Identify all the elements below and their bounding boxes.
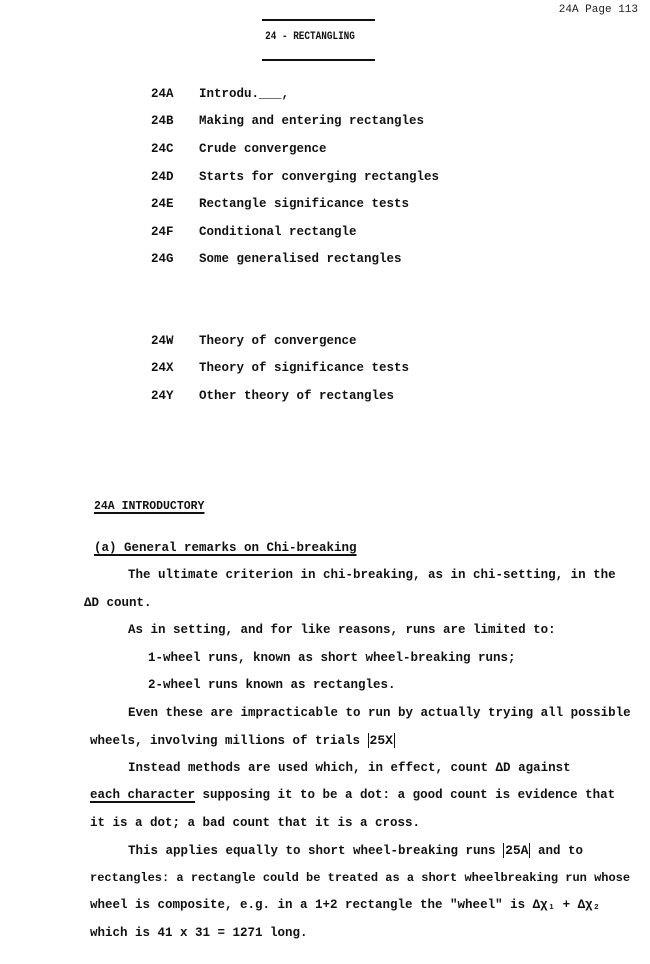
body-line: This applies equally to short wheel-brea… bbox=[128, 843, 583, 858]
body-line: Instead methods are used which, in effec… bbox=[128, 761, 571, 775]
body-text-segment: This applies equally to short wheel-brea… bbox=[128, 844, 503, 858]
body-text-segment: and to bbox=[530, 844, 583, 858]
toc-code: 24D bbox=[151, 170, 174, 184]
toc-title: Theory of significance tests bbox=[199, 361, 409, 375]
body-text-segment: supposing it to be a dot: a good count i… bbox=[195, 788, 615, 802]
toc-code: 24G bbox=[151, 252, 174, 266]
body-line: rectangles: a rectangle could be treated… bbox=[90, 871, 630, 885]
page-number-label: 24A Page 113 bbox=[559, 4, 638, 16]
toc-title: Crude convergence bbox=[199, 142, 327, 156]
emphasis-each-character: each character bbox=[90, 788, 195, 802]
section-heading: 24A INTRODUCTORY bbox=[94, 500, 204, 513]
body-line: each character supposing it to be a dot:… bbox=[90, 788, 615, 802]
cross-reference-25x[interactable]: 25X bbox=[368, 733, 395, 748]
toc-title: Theory of convergence bbox=[199, 334, 357, 348]
section-subheading: (a) General remarks on Chi-breaking bbox=[94, 541, 357, 555]
toc-title: Starts for converging rectangles bbox=[199, 170, 439, 184]
body-line: The ultimate criterion in chi-breaking, … bbox=[128, 568, 616, 582]
toc-title: Introdu.___, bbox=[199, 87, 289, 101]
body-line: As in setting, and for like reasons, run… bbox=[128, 623, 556, 637]
body-line: ΔD count. bbox=[84, 596, 152, 610]
body-line: it is a dot; a bad count that it is a cr… bbox=[90, 816, 420, 830]
toc-code: 24F bbox=[151, 225, 174, 239]
toc-title: Other theory of rectangles bbox=[199, 389, 394, 403]
list-item: 1-wheel runs, known as short wheel-break… bbox=[148, 651, 516, 665]
toc-code: 24E bbox=[151, 197, 174, 211]
toc-code: 24X bbox=[151, 361, 174, 375]
cross-reference-25a[interactable]: 25A bbox=[503, 843, 530, 858]
toc-code: 24Y bbox=[151, 389, 174, 403]
toc-code: 24W bbox=[151, 334, 174, 348]
toc-title: Conditional rectangle bbox=[199, 225, 357, 239]
body-line: which is 41 x 31 = 1271 long. bbox=[90, 926, 308, 940]
title-rule-top bbox=[262, 19, 375, 21]
body-line: Even these are impracticable to run by a… bbox=[128, 706, 631, 720]
toc-code: 24C bbox=[151, 142, 174, 156]
toc-title: Making and entering rectangles bbox=[199, 114, 424, 128]
toc-code: 24B bbox=[151, 114, 174, 128]
title-rule-bottom bbox=[262, 59, 375, 61]
toc-title: Some generalised rectangles bbox=[199, 252, 402, 266]
body-line: wheel is composite, e.g. in a 1+2 rectan… bbox=[90, 898, 600, 912]
list-item: 2-wheel runs known as rectangles. bbox=[148, 678, 396, 692]
body-text-segment: wheels, involving millions of trials bbox=[90, 734, 368, 748]
toc-title: Rectangle significance tests bbox=[199, 197, 409, 211]
body-line: wheels, involving millions of trials 25X bbox=[90, 733, 395, 748]
toc-code: 24A bbox=[151, 87, 174, 101]
chapter-title: 24 - RECTANGLING bbox=[262, 31, 358, 43]
